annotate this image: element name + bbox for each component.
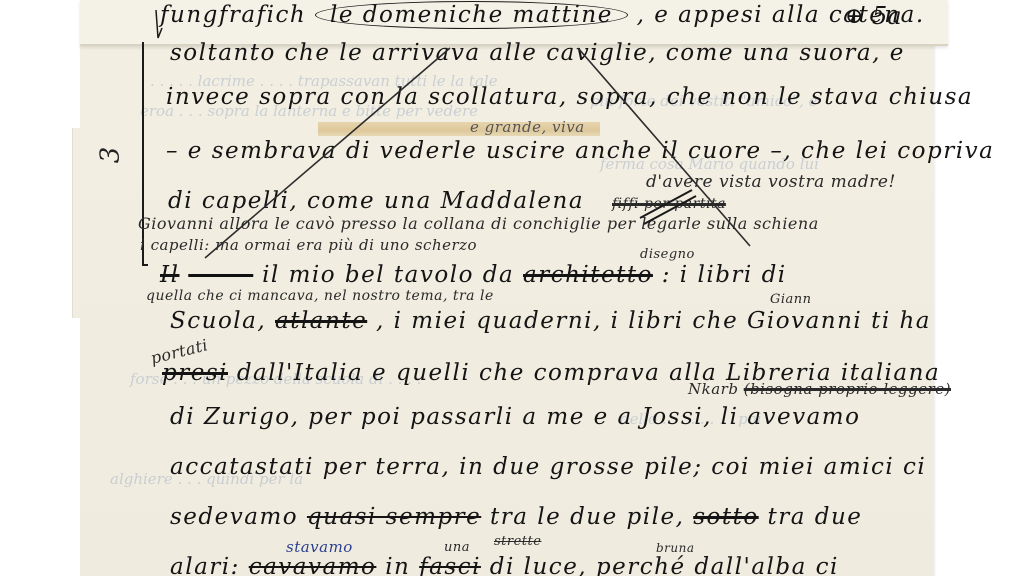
manuscript-line: soltanto che le arrivava alle caviglie, … bbox=[170, 40, 905, 66]
insertion-word: Nkarb bbox=[688, 380, 738, 398]
insertion-text: Nkarb (bisogna proprio leggere) bbox=[688, 380, 951, 398]
insertion-text: i capelli: ma ormai era più di uno scher… bbox=[140, 236, 477, 254]
line-text: alari: bbox=[170, 554, 240, 576]
manuscript-line: – e sembrava di vederle uscire anche il … bbox=[166, 138, 994, 164]
manuscript-line: Scuola, atlante , i miei quaderni, i lib… bbox=[170, 308, 931, 334]
manuscript-line: invece sopra con la scollatura, sopra, c… bbox=[166, 84, 973, 110]
line-text: Scuola, bbox=[170, 308, 266, 334]
struck-insertion: fiffi per partita bbox=[612, 196, 726, 212]
struck-word: cavavamo bbox=[249, 554, 377, 576]
line-text: , i miei quaderni, i libri che Giovanni … bbox=[376, 308, 931, 334]
struck-word: quasi sempre bbox=[307, 504, 481, 530]
insertion-text: una bbox=[444, 540, 470, 555]
circled-phrase: le domeniche mattine bbox=[315, 1, 628, 29]
struck-insertion: strette bbox=[494, 534, 541, 549]
line-text: sedevamo bbox=[170, 504, 298, 530]
struck-word: presi bbox=[162, 360, 228, 386]
margin-number: 3 bbox=[95, 147, 125, 164]
manuscript-line: Il il mio bel tavolo da architetto : i l… bbox=[160, 262, 787, 288]
tape-insertion: e grande, viva bbox=[470, 118, 585, 136]
insertion-text: disegno bbox=[640, 247, 695, 262]
struck-word: architetto bbox=[523, 262, 653, 288]
insertion-text: d'avere vista vostra madre! bbox=[646, 172, 896, 192]
line-text: : i libri di bbox=[662, 262, 787, 288]
struck-word: Il bbox=[160, 262, 179, 288]
insertion-text: quella che ci mancava, nel nostro tema, … bbox=[146, 288, 494, 304]
line-text: tra due bbox=[768, 504, 863, 530]
struck-word: sotto bbox=[693, 504, 758, 530]
manuscript-line: di Zurigo, per poi passarli a me e a Jos… bbox=[170, 404, 860, 430]
cross-mark-icon: ⊕ bbox=[845, 4, 863, 29]
manuscript-line: di capelli, come una Maddalena bbox=[168, 188, 584, 214]
line-text: tra le due pile, bbox=[490, 504, 684, 530]
manuscript-line: accatastati per terra, in due grosse pil… bbox=[170, 454, 926, 480]
insertion-text: Giovanni allora le cavò presso la collan… bbox=[138, 214, 819, 233]
page-number: 5a bbox=[872, 2, 902, 30]
struck-insertion: (bisogna proprio leggere) bbox=[744, 380, 951, 398]
manuscript-line: fungfrafich le domeniche mattine , e app… bbox=[160, 2, 925, 28]
line-text: in bbox=[385, 554, 410, 576]
line-text: il mio bel tavolo da bbox=[262, 262, 514, 288]
line-text: fungfrafich bbox=[160, 2, 306, 28]
line-text: di luce, perché dall'alba ci bbox=[490, 554, 839, 576]
struck-word: atlante bbox=[275, 308, 367, 334]
manuscript-line: sedevamo quasi sempre tra le due pile, s… bbox=[170, 504, 862, 530]
insertion-text: Giann bbox=[770, 292, 812, 307]
struck-word: fasci bbox=[419, 554, 481, 576]
blue-insertion: stavamo bbox=[286, 538, 353, 556]
insertion-text: bruna bbox=[656, 541, 695, 555]
manuscript-line: alari: cavavamo in fasci di luce, perché… bbox=[170, 554, 839, 576]
